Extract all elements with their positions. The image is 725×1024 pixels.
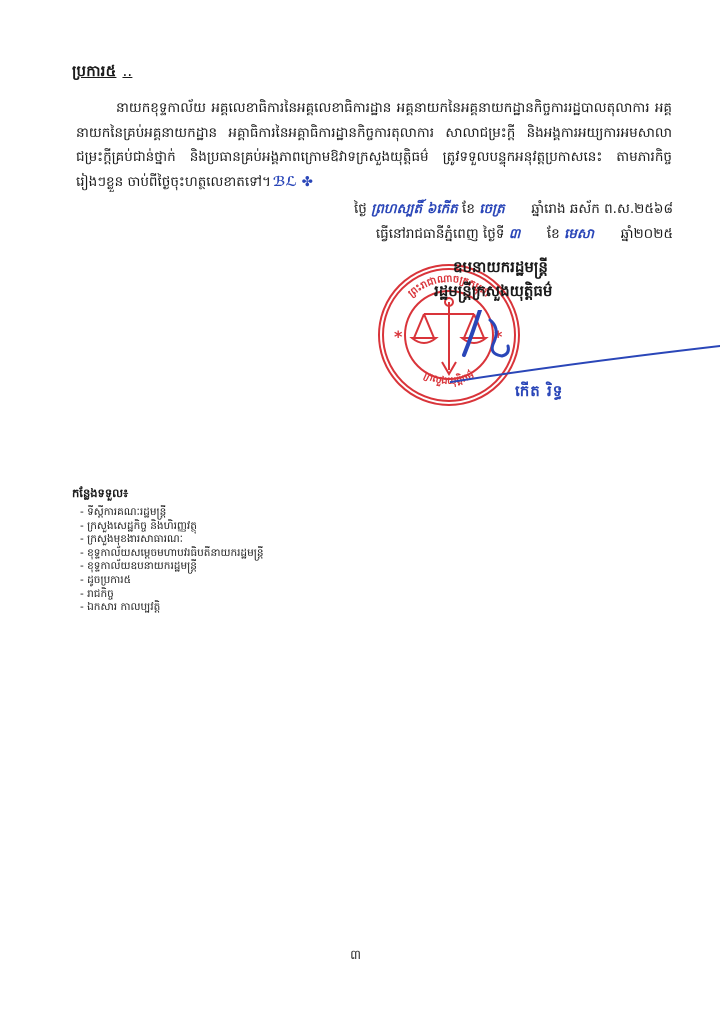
article-heading: ប្រការ៥..	[72, 62, 132, 84]
lunar-date-line: ថ្ងៃ ព្រហស្បតិ៍ ៦កើត ខែ ចេត្រ ឆ្នាំរោង ឆ…	[354, 200, 673, 220]
svg-text:*: *	[394, 327, 403, 346]
article-heading-text: ប្រការ៥	[72, 62, 116, 80]
handwritten-signature-icon	[450, 310, 720, 400]
recipient-item: ខុទ្ទកាល័យសម្តេចមហាបវរធិបតីនាយករដ្ឋមន្ត្…	[80, 547, 264, 561]
body-paragraph: នាយកខុទ្ទកាល័យ អគ្គលេខាធិការនៃអគ្គលេខាធិ…	[76, 96, 672, 194]
recipients-heading: កន្លែងទទួល៖	[72, 486, 264, 503]
solar-day-value: ៣	[509, 226, 521, 242]
recipient-item: ក្រសួងសេដ្ឋកិច្ច និងហិរញ្ញវត្ថុ	[80, 520, 264, 534]
lunar-year-text: ឆ្នាំរោង ឆស័ក ព.ស.២៥៦៨	[531, 201, 673, 217]
body-paragraph-text: នាយកខុទ្ទកាល័យ អគ្គលេខាធិការនៃអគ្គលេខាធិ…	[76, 100, 672, 190]
initials-mark: ℬℒ ✤	[273, 174, 313, 190]
signatory-name: កើត រិទ្ធ	[515, 382, 563, 404]
article-heading-suffix: ..	[122, 62, 132, 80]
recipient-item: ខុទ្ទកាល័យឧបនាយករដ្ឋមន្ត្រី	[80, 560, 264, 574]
solar-year-text: ឆ្នាំ២០២៥	[621, 226, 673, 242]
recipient-item: ក្រសួងមុខងារសាធារណៈ	[80, 533, 264, 547]
recipient-item: ដូចប្រការ៥	[80, 574, 264, 588]
document-page: ប្រការ៥.. នាយកខុទ្ទកាល័យ អគ្គលេខាធិការនៃ…	[0, 0, 725, 1024]
recipient-item: ឯកសារ កាលប្បវត្តិ	[80, 601, 264, 615]
recipients-block: កន្លែងទទួល៖ ទីស្តីការគណៈរដ្ឋមន្ត្រី ក្រស…	[72, 486, 264, 615]
recipient-item: ទីស្តីការគណៈរដ្ឋមន្ត្រី	[80, 506, 264, 520]
recipients-list: ទីស្តីការគណៈរដ្ឋមន្ត្រី ក្រសួងសេដ្ឋកិច្ច…	[72, 506, 264, 615]
page-number: ៣	[350, 947, 361, 966]
solar-place-day-label: ធ្វើនៅរាជធានីភ្នំពេញ ថ្ងៃទី	[376, 226, 505, 242]
signatory-title-line1: ឧបនាយករដ្ឋមន្ត្រី	[453, 258, 548, 280]
lunar-day-value: ព្រហស្បតិ៍ ៦កើត	[371, 201, 458, 217]
solar-date-line: ធ្វើនៅរាជធានីភ្នំពេញ ថ្ងៃទី ៣ ខែ មេសា ឆ្…	[376, 225, 673, 245]
lunar-day-label: ថ្ងៃ	[354, 201, 367, 217]
solar-month-value: មេសា	[564, 226, 594, 242]
lunar-month-label: ខែ	[462, 201, 475, 217]
signatory-title-line2: រដ្ឋមន្ត្រីក្រសួងយុត្តិធម៌	[434, 282, 552, 304]
solar-month-label: ខែ	[547, 226, 560, 242]
recipient-item: រាជកិច្ច	[80, 588, 264, 602]
lunar-month-value: ចេត្រ	[479, 201, 504, 217]
